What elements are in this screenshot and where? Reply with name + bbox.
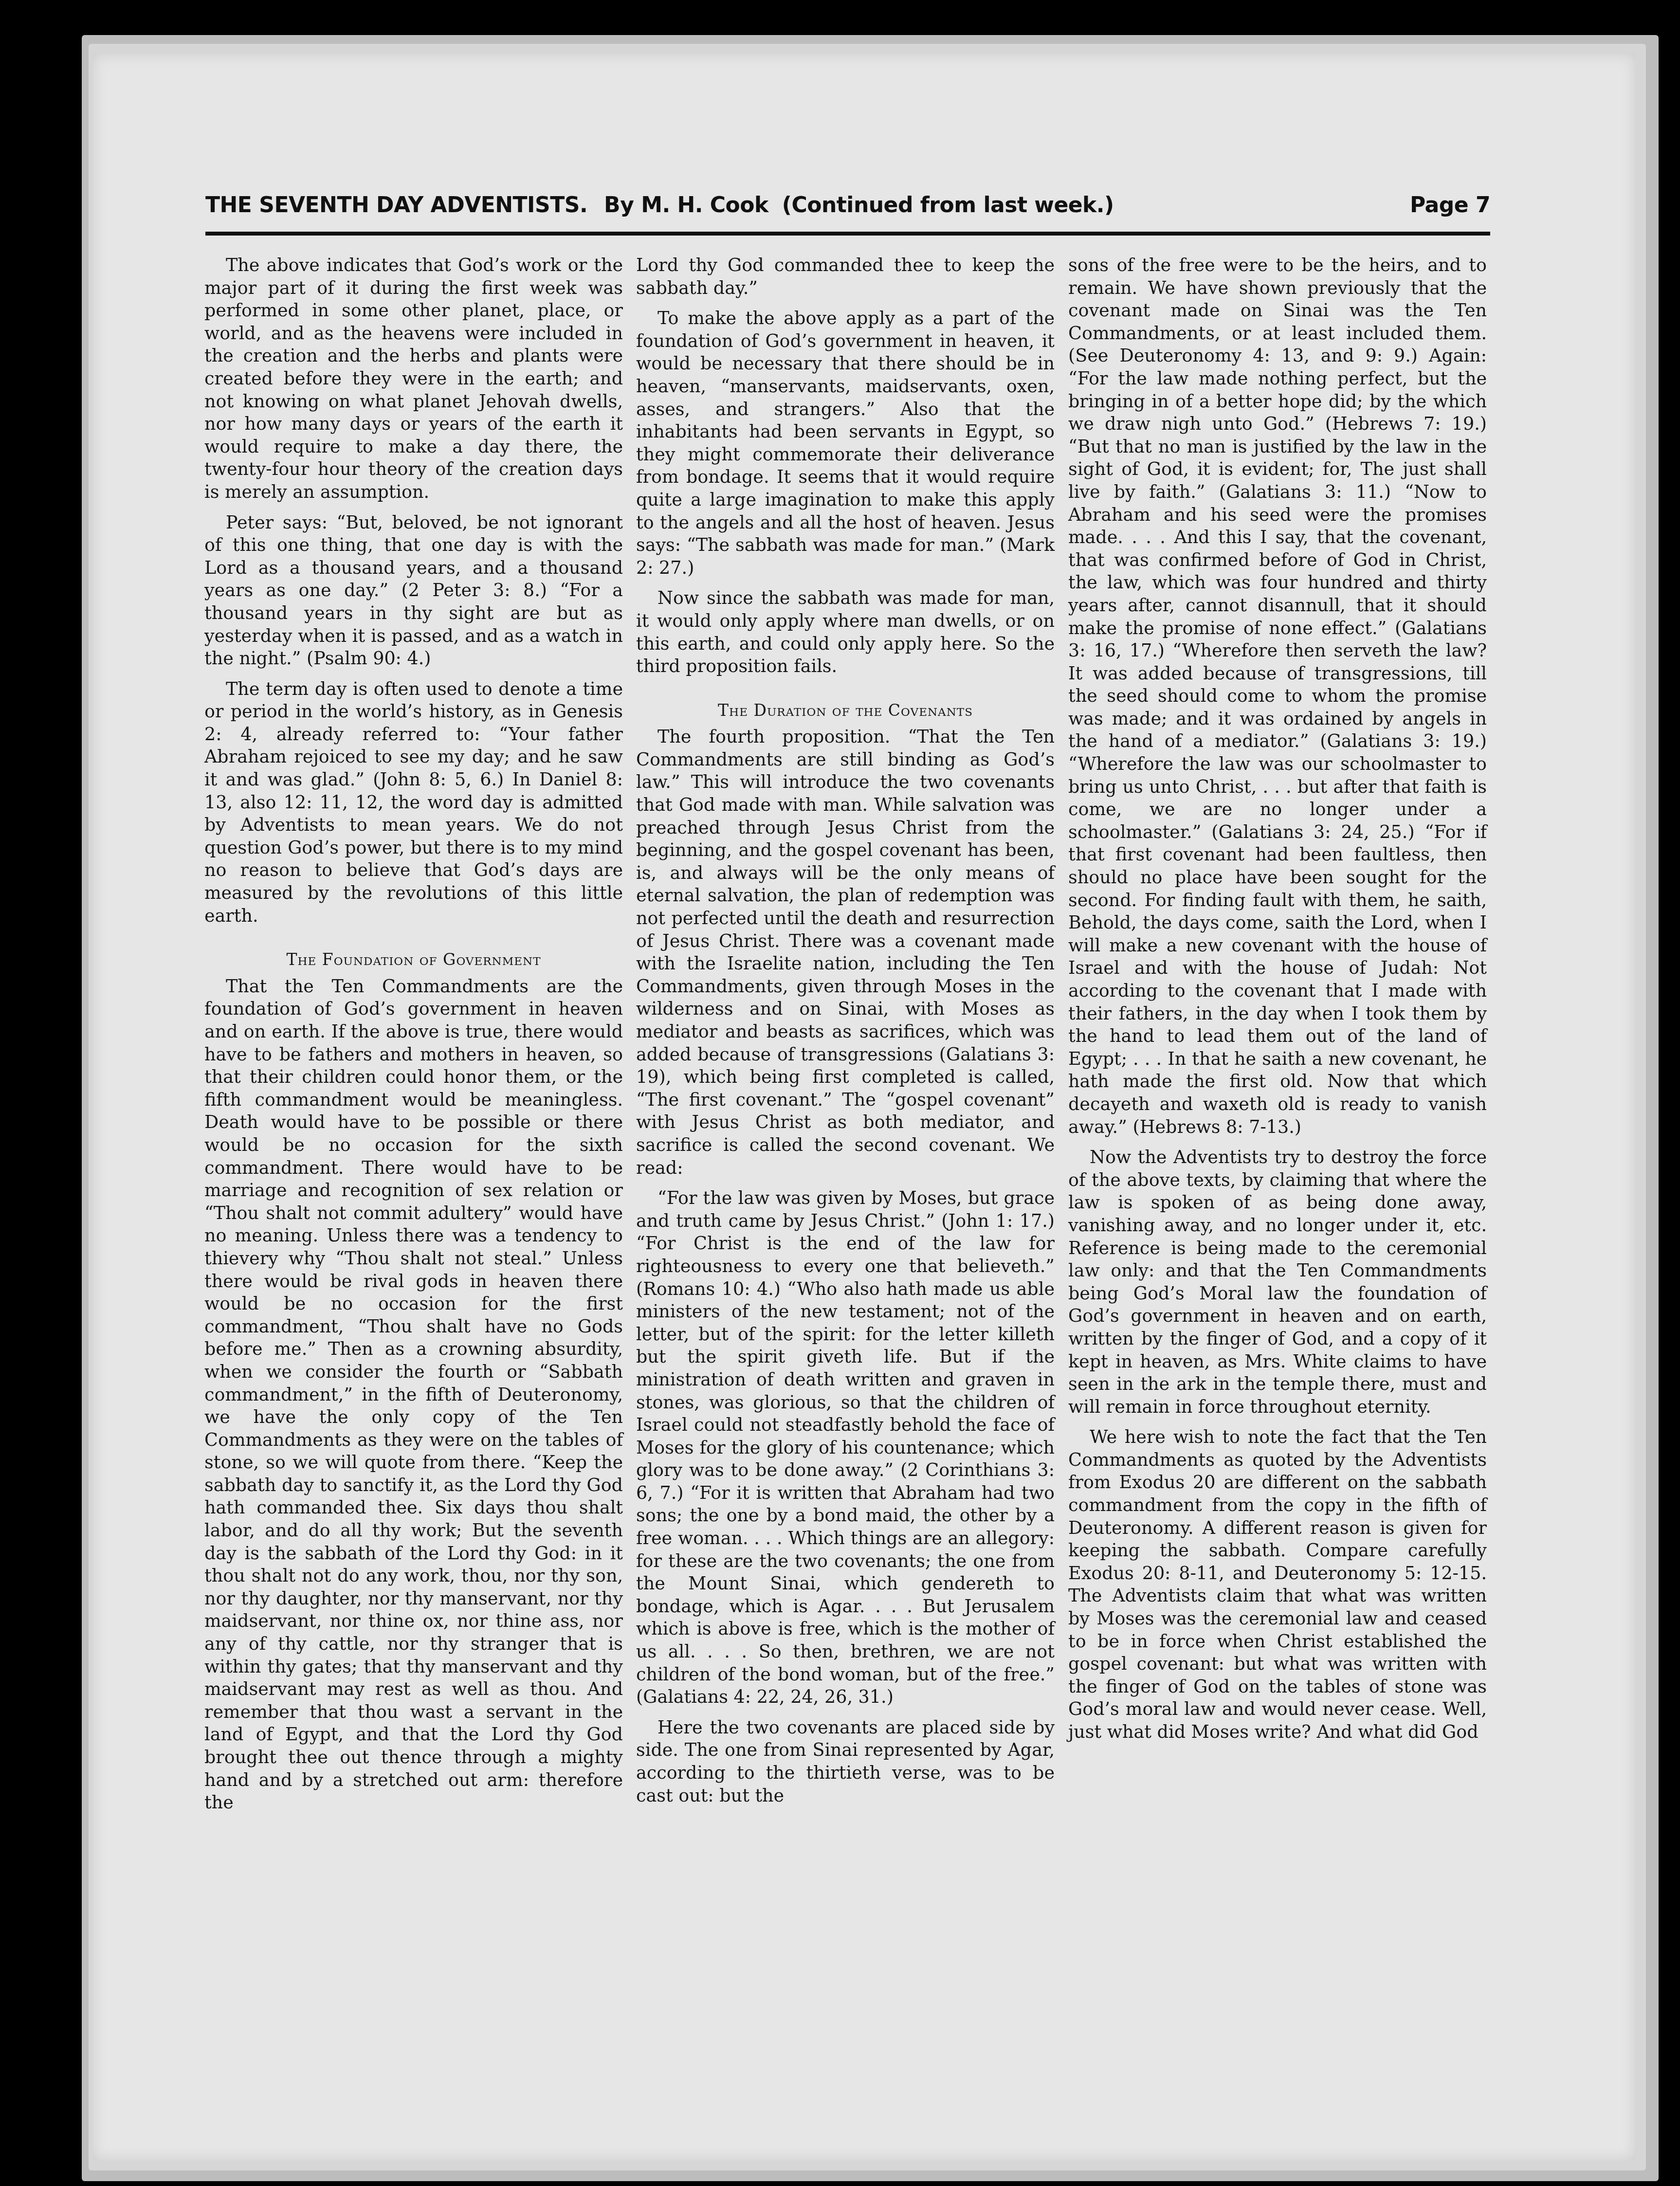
article-title: THE SEVENTH DAY ADVENTISTS.: [205, 193, 587, 218]
paragraph: The above indicates that God’s work or t…: [204, 254, 623, 504]
paragraph: To make the above apply as a part of the…: [636, 307, 1055, 579]
text-column-2: Lord thy God commanded thee to keep the …: [636, 254, 1055, 1815]
author-byline: By M. H. Cook: [604, 193, 768, 218]
paragraph: Here the two covenants are placed side b…: [636, 1716, 1055, 1807]
section-heading: The Duration of the Covenants: [636, 699, 1055, 722]
continued-note: (Continued from last week.): [782, 193, 1114, 218]
paragraph: “For the law was given by Moses, but gra…: [636, 1187, 1055, 1709]
page-number: Page 7: [1410, 193, 1490, 218]
paragraph: We here wish to note the fact that the T…: [1068, 1426, 1487, 1743]
paragraph: That the Ten Commandments are the founda…: [204, 975, 623, 1814]
paragraph: sons of the free were to be the heirs, a…: [1068, 254, 1487, 1138]
text-column-3: sons of the free were to be the heirs, a…: [1068, 254, 1487, 1751]
text-column-1: The above indicates that God’s work or t…: [204, 254, 623, 1822]
paragraph: The term day is often used to denote a t…: [204, 678, 623, 928]
section-heading: The Foundation of Government: [204, 948, 623, 971]
running-header: THE SEVENTH DAY ADVENTISTS. By M. H. Coo…: [205, 193, 1490, 227]
paragraph: Peter says: “But, beloved, be not ignora…: [204, 511, 623, 670]
paragraph: Now since the sabbath was made for man, …: [636, 587, 1055, 677]
paragraph: Lord thy God commanded thee to keep the …: [636, 254, 1055, 299]
paragraph: Now the Adventists try to destroy the fo…: [1068, 1146, 1487, 1418]
paragraph: The fourth proposition. “That the Ten Co…: [636, 726, 1055, 1179]
header-rule: [205, 232, 1490, 236]
